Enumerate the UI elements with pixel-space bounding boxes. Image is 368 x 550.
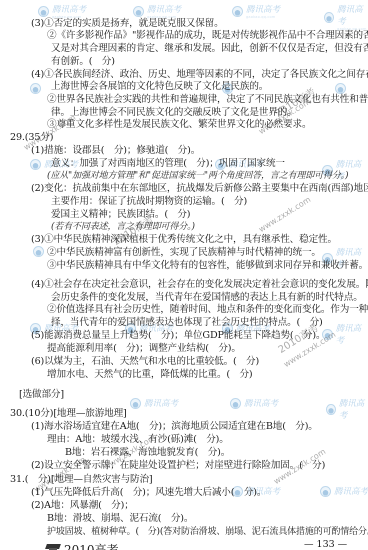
answer-line: ③尊重文化多样性是发展民族文化、繁荣世界文化的必然要求。 <box>47 119 311 131</box>
tencent-logo-icon <box>133 6 144 17</box>
question-heading: 31.( 分)[地理—自然灾害与防治] <box>10 474 153 486</box>
answer-line: (5)能源消费总量呈上升趋势( 分)；单位GDP能耗呈下降趋势( 分)。 <box>31 330 325 342</box>
answer-line: 有创新。( 分) <box>51 56 115 68</box>
graduation-cap-icon <box>46 544 60 550</box>
answer-line: ②《许多影视作品》"影视作品的成功，既是对传统影视作品中不合理因素的否定，同时 <box>47 30 368 42</box>
answer-line: 上海世博会各展馆的文化特色反映了文化是民族的。 <box>51 81 268 93</box>
answer-line: (1)海水浴场适宜建在A地( 分)；滨海地质公园适宜建在B地( 分)。 <box>31 421 318 433</box>
watermark-tencent-gaokao: 腾讯高考gaokao.qq.com <box>38 3 86 19</box>
watermark-tencent-gaokao: 腾讯高考gaokao.qq.com <box>324 3 368 31</box>
answer-line: 理由：A地：坡缓水浅、有沙(砾)滩( 分)。 <box>47 434 229 446</box>
answer-line: 提高能源利用率( 分)；调整产业结构( 分)。 <box>47 343 241 355</box>
answer-line: ②价值选择具有社会历史性，随着时间、地点和条件的变化而变化。作为一种价值选 <box>47 304 368 316</box>
answer-line: 意义：加强了对西南地区的管理( 分)；巩固了国家统一 <box>51 158 285 170</box>
answer-line: 爱国主义精神；民族团结。( 分) <box>51 209 190 221</box>
exam-answer-page: 腾讯高考gaokao.qq.com 腾讯高考gaokao.qq.com 腾讯高考… <box>0 0 368 550</box>
answer-line: B地：岩石裸露，海蚀地貌发育( 分)。 <box>65 447 230 459</box>
tencent-logo-icon <box>324 12 334 23</box>
footer-brand: 2010高考 <box>46 541 119 550</box>
answer-line: ③中华民族精神具有中华文化特有的包容性，能够做到求同存异和兼收并蓄。 <box>47 260 368 272</box>
tencent-logo-icon <box>30 159 41 170</box>
answer-line: (1)措施：设郡县( 分)；修驰道( 分)。 <box>31 145 200 157</box>
tencent-logo-icon <box>232 6 243 17</box>
watermark-tencent-gaokao <box>335 83 346 94</box>
watermark-tencent-gaokao: 腾讯高考 <box>326 397 368 421</box>
answer-line: 律。上海世博会不同民族文化的交融反映了文化是世界的。 <box>51 107 297 119</box>
answer-line: (2)变化：抗战前集中在东部地区，抗战爆发后新修公路主要集中在西南(西部)地区。 <box>31 183 368 195</box>
answer-line: (2)设立安全警示牌；在陡崖处设置护栏；对崖壁进行除险加固。( 分) <box>31 460 325 472</box>
tencent-logo-icon <box>30 83 41 94</box>
watermark-tencent-gaokao: 腾讯高考gaokao.qq.com <box>232 3 280 19</box>
footer-brand-label: 2010高考 <box>64 541 119 550</box>
answer-line: 主要作用：保证了抗战时期物资的运输。( 分) <box>51 196 247 208</box>
answer-line: (2)A地：风暴潮( 分)； <box>31 500 134 512</box>
question-heading: 30.(10分)[地理—旅游地理] <box>10 408 127 420</box>
page-number: — 133 — <box>304 539 347 550</box>
question-heading: 29.(35分) <box>10 132 53 144</box>
answer-line: (6)以煤为主，石油、天然气和水电的比重较低。( 分) <box>31 356 259 368</box>
grading-note: (若有不同表述，言之有理即可得分。) <box>51 221 195 233</box>
answer-line: (3)①否定的实质是扬弃，就是既克服又保留。 <box>31 18 224 30</box>
watermark-tencent-gaokao <box>33 246 44 257</box>
tencent-logo-icon <box>335 83 346 94</box>
watermark-tencent-gaokao: 腾讯高考 <box>230 397 278 409</box>
tencent-logo-icon <box>320 486 331 497</box>
watermark-tencent-gaokao: 腾讯高考 <box>130 397 178 409</box>
answer-line: 增加水电、天然气的比重，降低煤的比重。( 分) <box>47 369 253 381</box>
answer-line: 又是对其合理因素的肯定、继承和发展。因此，创新不仅仅是否定，但没有否定就没 <box>51 43 368 55</box>
watermark-tencent-gaokao: 腾讯高考gaokao.qq.com <box>133 3 181 19</box>
answer-line: (1)气压先降低后升高( 分)；风速先增大后减小( 分)。 <box>31 487 266 499</box>
answer-line: 护坡固坡、植树种草。( 分)(答对防治滑坡、崩塌、泥石流具体措施的可酌情给分。) <box>47 526 368 538</box>
tencent-logo-icon <box>230 398 241 409</box>
tencent-logo-icon <box>38 6 49 17</box>
answer-line: ②中华民族精神富有创新性，实现了民族精神与时代精神的统一。 <box>47 247 321 259</box>
answer-line: ②世界各民族社会实践的共性和普遍规律，决定了不同民族文化也有共性和普遍规 <box>47 94 368 106</box>
answer-line: (4)①社会存在决定社会意识，社会存在的变化发展决定着社会意识的变化发展。随着社 <box>31 279 368 291</box>
answer-line: 择，当代青年的爱国情感表达也体现了社会历史性的特点。( 分) <box>51 317 323 329</box>
answer-line: (3)①中华民族精神深深植根于优秀传统文化之中，具有继承性、稳定性。 <box>31 234 337 246</box>
tencent-logo-icon <box>33 246 44 257</box>
grading-note: (应从"加强对地方管理"和"促进国家统一"两个角度回答，言之有理即可得分。) <box>47 170 348 182</box>
watermark-tencent-gaokao: 腾讯高考 <box>320 485 368 497</box>
answer-line: B地：滑坡、崩塌、泥石流( 分)。 <box>47 513 193 525</box>
answer-line: (4)①各民族间经济、政治、历史、地理等因素的不同，决定了各民族文化之间存在着差… <box>31 69 368 81</box>
watermark-zxxk-stamp: www.zxxk.com <box>257 195 312 234</box>
watermark-tencent-gaokao <box>30 83 41 94</box>
tencent-logo-icon <box>326 404 336 415</box>
tencent-logo-icon <box>130 398 141 409</box>
answer-line: 会历史条件的变化发展，当代青年在爱国情感的表达上具有新的时代特点。 <box>51 292 363 304</box>
section-heading: [选做部分] <box>19 389 64 401</box>
